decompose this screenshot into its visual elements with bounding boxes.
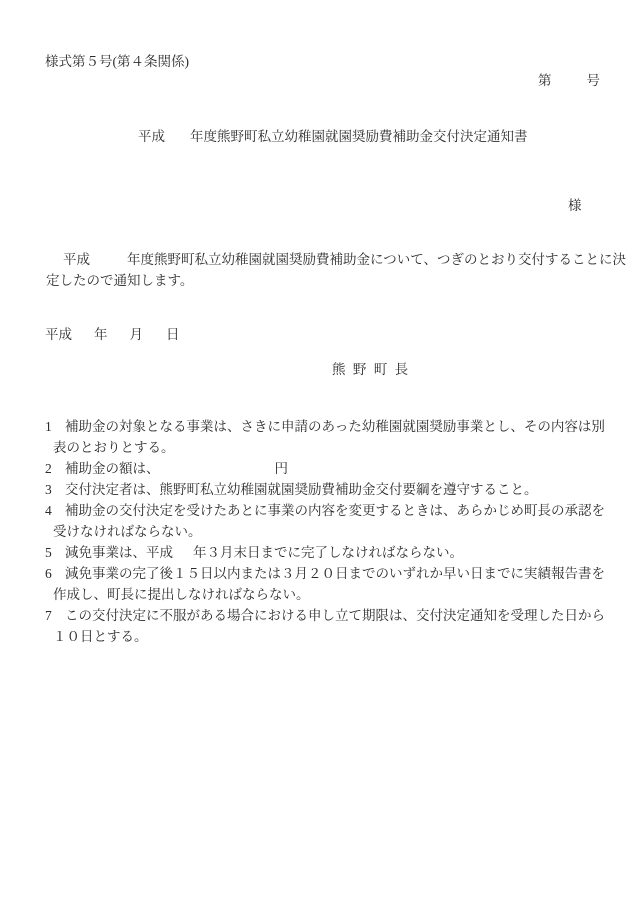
title-year-blank-field: [165, 140, 190, 141]
term-text: 受けなければならない。: [53, 524, 202, 539]
term-text: 補助金の対象となる事業は、さきに申請のあった幼稚園就園奨励事業とし、その内容は別: [65, 419, 605, 434]
intro-text-continued: 定したので通知します。: [46, 273, 193, 288]
term-text: 円: [275, 461, 289, 476]
intro-era: 平成: [63, 252, 90, 267]
term-row: 6減免事業の完了後１５日以内または３月２０日までのいずれか早い日までに実績報告書…: [45, 563, 605, 584]
form-number-label: 様式第５号(第４条関係): [45, 51, 189, 72]
term-row: 3交付決定者は、熊野町私立幼稚園就園奨励費補助金交付要綱を遵守すること。: [45, 479, 605, 500]
date-era: 平成: [45, 327, 72, 342]
term-row: 作成し、町長に提出しなければならない。: [45, 584, 605, 605]
date-line: 平成年月日: [45, 324, 180, 345]
term-text: 年３月末日までに完了しなければならない。: [193, 545, 463, 560]
term-text: １０日とする。: [53, 629, 148, 644]
term-number: 5: [45, 542, 63, 563]
document-number-line: 第号: [538, 70, 600, 91]
intro-paragraph: 平成年度熊野町私立幼稚園就園奨励費補助金について、つぎのとおり交付することに決 …: [46, 249, 606, 291]
doc-number-blank-field: [552, 84, 587, 85]
term-blank-field: [160, 472, 275, 473]
term-number: 2: [45, 458, 63, 479]
intro-text: 年度熊野町私立幼稚園就園奨励費補助金について、つぎのとおり交付することに決: [127, 252, 626, 267]
term-text: 表のとおりとする。: [53, 440, 175, 455]
doc-number-prefix: 第: [538, 73, 552, 88]
date-month-label: 月: [130, 327, 144, 342]
term-text: 作成し、町長に提出しなければならない。: [53, 587, 310, 602]
date-year-label: 年: [94, 327, 108, 342]
term-blank-field: [173, 556, 193, 557]
intro-line-1: 平成年度熊野町私立幼稚園就園奨励費補助金について、つぎのとおり交付することに決: [46, 249, 606, 270]
term-number: 3: [45, 479, 63, 500]
term-row: 1補助金の対象となる事業は、さきに申請のあった幼稚園就園奨励事業とし、その内容は…: [45, 416, 605, 437]
term-row: 表のとおりとする。: [45, 437, 605, 458]
doc-number-suffix: 号: [587, 73, 601, 88]
title-main: 年度熊野町私立幼稚園就園奨励費補助金交付決定通知書: [190, 129, 528, 144]
term-text: 補助金の交付決定を受けたあとに事業の内容を変更するときは、あらかじめ町長の承認を: [65, 503, 605, 518]
term-text: 減免事業の完了後１５日以内または３月２０日までのいずれか早い日までに実績報告書を: [65, 566, 605, 581]
term-text: 減免事業は、平成: [65, 545, 173, 560]
date-day-label: 日: [166, 327, 180, 342]
term-text: 交付決定者は、熊野町私立幼稚園就園奨励費補助金交付要綱を遵守すること。: [65, 482, 538, 497]
term-row: 7この交付決定に不服がある場合における申し立て期限は、交付決定通知を受理した日か…: [45, 605, 605, 626]
term-row: １０日とする。: [45, 626, 605, 647]
date-month-blank-field: [108, 338, 130, 339]
term-row: 2補助金の額は、円: [45, 458, 605, 479]
addressee-honorific: 様: [568, 195, 582, 216]
intro-year-blank-field: [90, 263, 127, 264]
title-era: 平成: [138, 129, 165, 144]
terms-list: 1補助金の対象となる事業は、さきに申請のあった幼稚園就園奨励事業とし、その内容は…: [45, 416, 605, 647]
term-number: 6: [45, 563, 63, 584]
term-text: この交付決定に不服がある場合における申し立て期限は、交付決定通知を受理した日から: [65, 608, 605, 623]
document-title: 平成年度熊野町私立幼稚園就園奨励費補助金交付決定通知書: [138, 126, 528, 147]
term-number: 4: [45, 500, 63, 521]
signature-mayor: 熊 野 町 長: [332, 359, 410, 380]
term-row: 4補助金の交付決定を受けたあとに事業の内容を変更するときは、あらかじめ町長の承認…: [45, 500, 605, 521]
intro-line-2: 定したので通知します。: [46, 270, 606, 291]
date-day-blank-field: [143, 338, 166, 339]
term-number: 7: [45, 605, 63, 626]
term-row: 受けなければならない。: [45, 521, 605, 542]
term-number: 1: [45, 416, 63, 437]
notification-document-page: 様式第５号(第４条関係) 第号 平成年度熊野町私立幼稚園就園奨励費補助金交付決定…: [0, 0, 630, 915]
term-row: 5減免事業は、平成年３月末日までに完了しなければならない。: [45, 542, 605, 563]
date-year-blank-field: [72, 338, 94, 339]
term-text: 補助金の額は、: [65, 461, 160, 476]
